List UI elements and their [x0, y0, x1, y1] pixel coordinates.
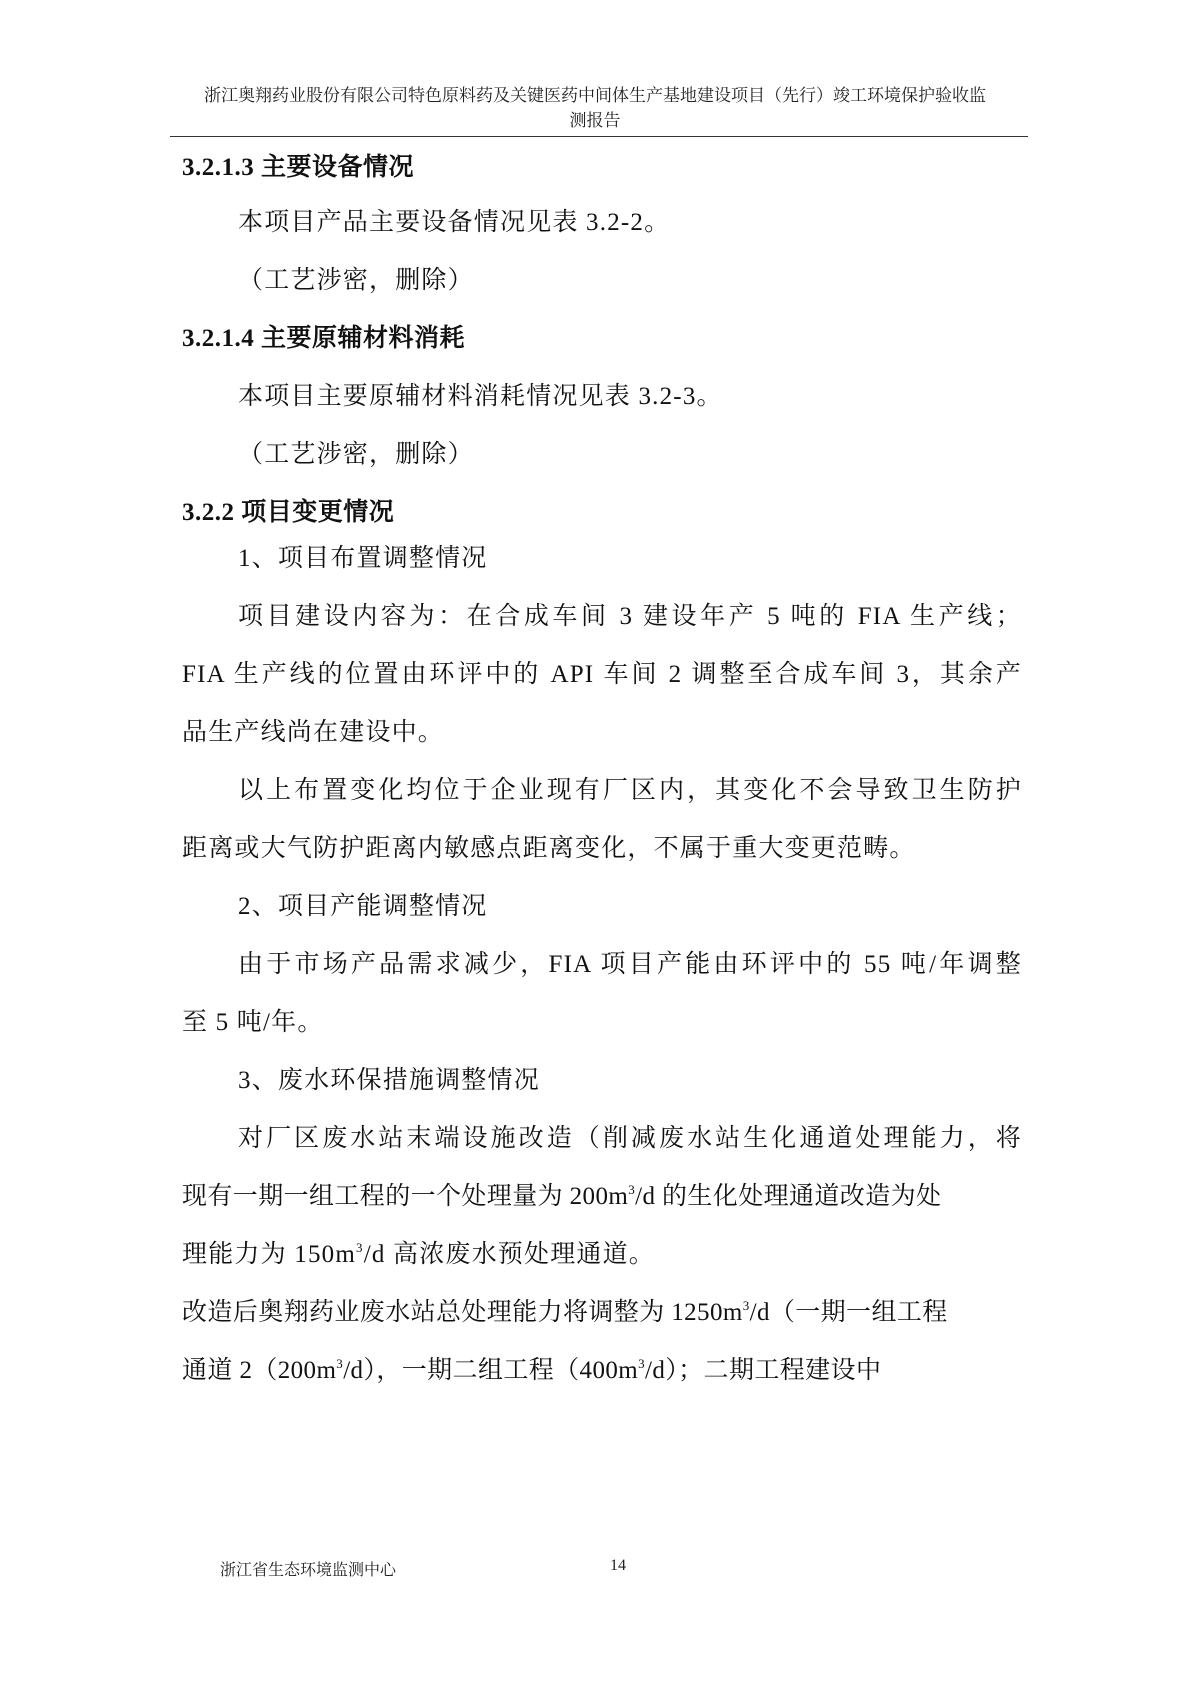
paragraph-line: FIA 生产线的位置由环评中的 API 车间 2 调整至合成车间 3，其余产 — [182, 657, 1022, 693]
list-item-title: 2、项目产能调整情况 — [238, 889, 488, 925]
paragraph: 本项目产品主要设备情况见表 3.2-2。 — [238, 205, 670, 241]
paragraph-line: 品生产线尚在建设中。 — [182, 715, 444, 751]
paragraph-line: 距离或大气防护距离内敏感点距离变化，不属于重大变更范畴。 — [182, 831, 916, 867]
header-title-line1: 浙江奥翔药业股份有限公司特色原料药及关键医药中间体生产基地建设项目（先行）竣工环… — [170, 83, 1020, 108]
section-heading-322: 3.2.2 项目变更情况 — [182, 495, 394, 531]
paragraph: 本项目主要原辅材料消耗情况见表 3.2-3。 — [238, 379, 723, 415]
list-item-title: 3、废水环保措施调整情况 — [238, 1063, 540, 1099]
paragraph-line: 改造后奥翔药业废水站总处理能力将调整为 1250m3/d（一期一组工程 — [182, 1295, 948, 1331]
paragraph-line: 以上布置变化均位于企业现有厂区内，其变化不会导致卫生防护 — [238, 773, 1022, 809]
paragraph-line: 现有一期一组工程的一个处理量为 200m3/d 的生化处理通道改造为处 — [182, 1179, 941, 1215]
paragraph-line: 通道 2（200m3/d），一期二组工程（400m3/d）；二期工程建设中 — [182, 1353, 881, 1389]
list-item-title: 1、项目布置调整情况 — [238, 541, 488, 577]
footer-organization: 浙江省生态环境监测中心 — [220, 1557, 396, 1580]
page-number: 14 — [610, 1557, 626, 1575]
header-divider — [170, 136, 1028, 137]
paragraph-line: 由于市场产品需求减少，FIA 项目产能由环评中的 55 吨/年调整 — [238, 947, 1022, 983]
section-heading-3213: 3.2.1.3 主要设备情况 — [182, 150, 414, 186]
paragraph-line: 对厂区废水站末端设施改造（削减废水站生化通道处理能力，将 — [238, 1121, 1022, 1157]
header-title-line2: 测报告 — [170, 108, 1020, 133]
page-header: 浙江奥翔药业股份有限公司特色原料药及关键医药中间体生产基地建设项目（先行）竣工环… — [170, 83, 1020, 133]
paragraph: （工艺涉密，删除） — [238, 437, 474, 473]
paragraph: （工艺涉密，删除） — [238, 263, 474, 299]
paragraph-line: 项目建设内容为：在合成车间 3 建设年产 5 吨的 FIA 生产线； — [238, 599, 1022, 635]
paragraph-line: 至 5 吨/年。 — [182, 1005, 324, 1041]
paragraph-line: 理能力为 150m3/d 高浓废水预处理通道。 — [182, 1237, 655, 1273]
section-heading-3214: 3.2.1.4 主要原辅材料消耗 — [182, 321, 465, 357]
